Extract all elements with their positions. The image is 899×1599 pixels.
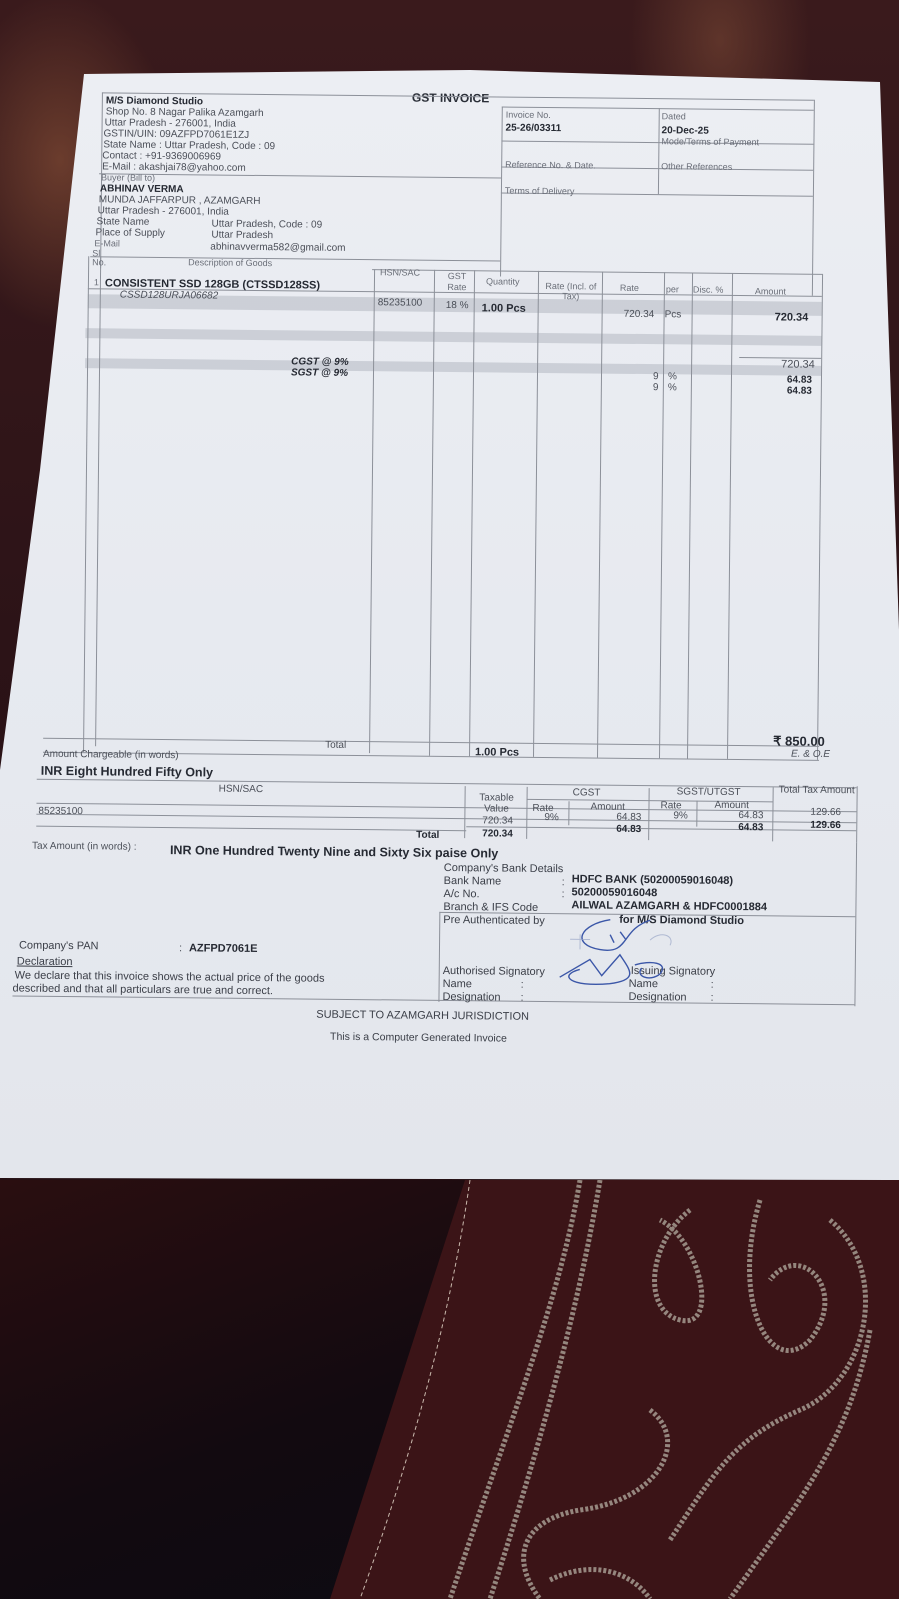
account-label: A/c No.	[443, 888, 479, 900]
cgst-label: CGST @ 9%	[291, 356, 349, 368]
buyer-email-label: E-Mail	[94, 238, 120, 248]
summary-cgst-rate: 9%	[544, 812, 559, 823]
payment-terms-label: Mode/Terms of Payment	[661, 136, 759, 147]
sgst-label: SGST @ 9%	[291, 367, 348, 379]
bank-heading: Company's Bank Details	[444, 862, 564, 875]
dated-value: 20-Dec-25	[662, 125, 709, 136]
summary-total-cgst: 64.83	[616, 824, 641, 835]
summary-grand-tax: 129.66	[810, 820, 841, 831]
summary-header-total-tax: Total Tax Amount	[779, 784, 855, 796]
summary-sgst-amount: 64.83	[738, 810, 763, 821]
computer-generated-note: This is a Computer Generated Invoice	[330, 1031, 507, 1045]
tax-words-value: INR One Hundred Twenty Nine and Sixty Si…	[170, 843, 498, 860]
buyer-supply-value: Uttar Pradesh	[211, 229, 273, 241]
summary-header-sgst: SGST/UTGST	[677, 786, 741, 798]
invoice-paper: GST INVOICE M/S Diamond Studio Shop No. …	[0, 70, 899, 1180]
subtotal-amount: 720.34	[781, 358, 815, 370]
summary-sgst-rate: 9%	[673, 810, 688, 821]
cgst-rate-unit: %	[668, 371, 677, 382]
summary-total-taxable: 720.34	[482, 828, 513, 839]
summary-hsn: 85235100	[38, 806, 83, 817]
header-gst-rate: GST Rate	[442, 271, 472, 293]
auth-designation-label: Designation	[442, 991, 500, 1004]
item-serial: CSSD128URJA06682	[120, 290, 219, 302]
jurisdiction-note: SUBJECT TO AZAMGARH JURISDICTION	[316, 1009, 529, 1023]
summary-header-hsn: HSN/SAC	[219, 784, 264, 795]
header-amount: Amount	[755, 286, 786, 296]
item-quantity: 1.00 Pcs	[482, 302, 526, 314]
auth-name-colon: :	[521, 979, 524, 991]
total-label: Total	[325, 740, 346, 751]
pan-label: Company's PAN	[19, 940, 99, 953]
eoe-note: E. & O.E	[791, 749, 830, 760]
item-sl: 1	[94, 277, 99, 287]
issue-designation-colon: :	[710, 992, 713, 1004]
header-hsn: HSN/SAC	[380, 267, 420, 277]
bank-name-label: Bank Name	[444, 875, 502, 888]
auth-designation-colon: :	[520, 992, 523, 1004]
dated-label: Dated	[662, 111, 686, 121]
header-quantity: Quantity	[486, 276, 520, 286]
terms-of-delivery-label: Terms of Delivery	[505, 186, 575, 197]
summary-total-tax: 129.66	[810, 807, 841, 818]
sgst-amount: 64.83	[787, 386, 812, 397]
summary-cgst-amount: 64.83	[616, 812, 641, 823]
summary-taxable: 720.34	[482, 815, 513, 826]
bank-name: HDFC BANK (50200059016048)	[572, 873, 734, 887]
document-title: GST INVOICE	[412, 91, 489, 106]
item-rate: 720.34	[624, 309, 655, 320]
account-colon: :	[562, 888, 565, 900]
item-hsn: 85235100	[378, 297, 423, 308]
buyer-supply-label: Place of Supply	[95, 227, 165, 239]
pre-authenticated-label: Pre Authenticated by	[443, 914, 545, 927]
other-references-label: Other References	[661, 161, 732, 172]
summary-total-sgst: 64.83	[738, 822, 763, 833]
cgst-rate: 9	[653, 371, 659, 382]
item-per: Pcs	[665, 309, 682, 320]
issue-designation-label: Designation	[628, 991, 686, 1004]
header-rate: Rate	[620, 283, 639, 293]
authorised-signatory: Authorised Signatory	[443, 965, 545, 978]
cgst-amount: 64.83	[787, 375, 812, 386]
header-disc: Disc. %	[693, 285, 724, 295]
amount-words-label: Amount Chargeable (in words)	[43, 749, 179, 761]
header-per: per	[666, 284, 679, 294]
summary-header-cgst: CGST	[573, 787, 601, 798]
pan-colon: :	[179, 942, 182, 954]
invoice-no-label: Invoice No.	[506, 110, 551, 120]
item-amount: 720.34	[775, 311, 809, 323]
buyer-label: Buyer (Bill to)	[101, 172, 155, 183]
header-sl-no: Sl No.	[92, 249, 102, 267]
account-number: 50200059016048	[572, 886, 658, 899]
summary-header-taxable: Taxable Value	[469, 792, 523, 815]
amount-words-value: INR Eight Hundred Fifty Only	[41, 764, 213, 780]
reference-label: Reference No. & Date.	[505, 160, 596, 171]
bank-name-colon: :	[562, 876, 565, 888]
buyer-state-label: State Name	[97, 216, 150, 228]
auth-name-label: Name	[443, 978, 472, 990]
tax-words-label: Tax Amount (in words) :	[32, 841, 137, 853]
header-description: Description of Goods	[188, 257, 272, 268]
signature-scribble	[550, 909, 701, 991]
invoice-no: 25-26/03311	[506, 123, 562, 135]
total-quantity: 1.00 Pcs	[475, 746, 519, 758]
item-gst-rate: 18 %	[446, 300, 469, 311]
declaration-label: Declaration	[17, 955, 73, 968]
header-rate-incl-tax: Rate (Incl. of Tax)	[540, 281, 602, 302]
grand-total: ₹ 850.00	[773, 733, 825, 750]
sgst-rate-unit: %	[668, 382, 677, 393]
buyer-name: ABHINAV VERMA	[100, 183, 184, 195]
buyer-email-value: abhinavverma582@gmail.com	[210, 241, 345, 253]
summary-total-label: Total	[416, 830, 439, 841]
issue-name-colon: :	[711, 979, 714, 991]
sgst-rate: 9	[653, 382, 659, 393]
pan-value: AZFPD7061E	[189, 942, 258, 955]
